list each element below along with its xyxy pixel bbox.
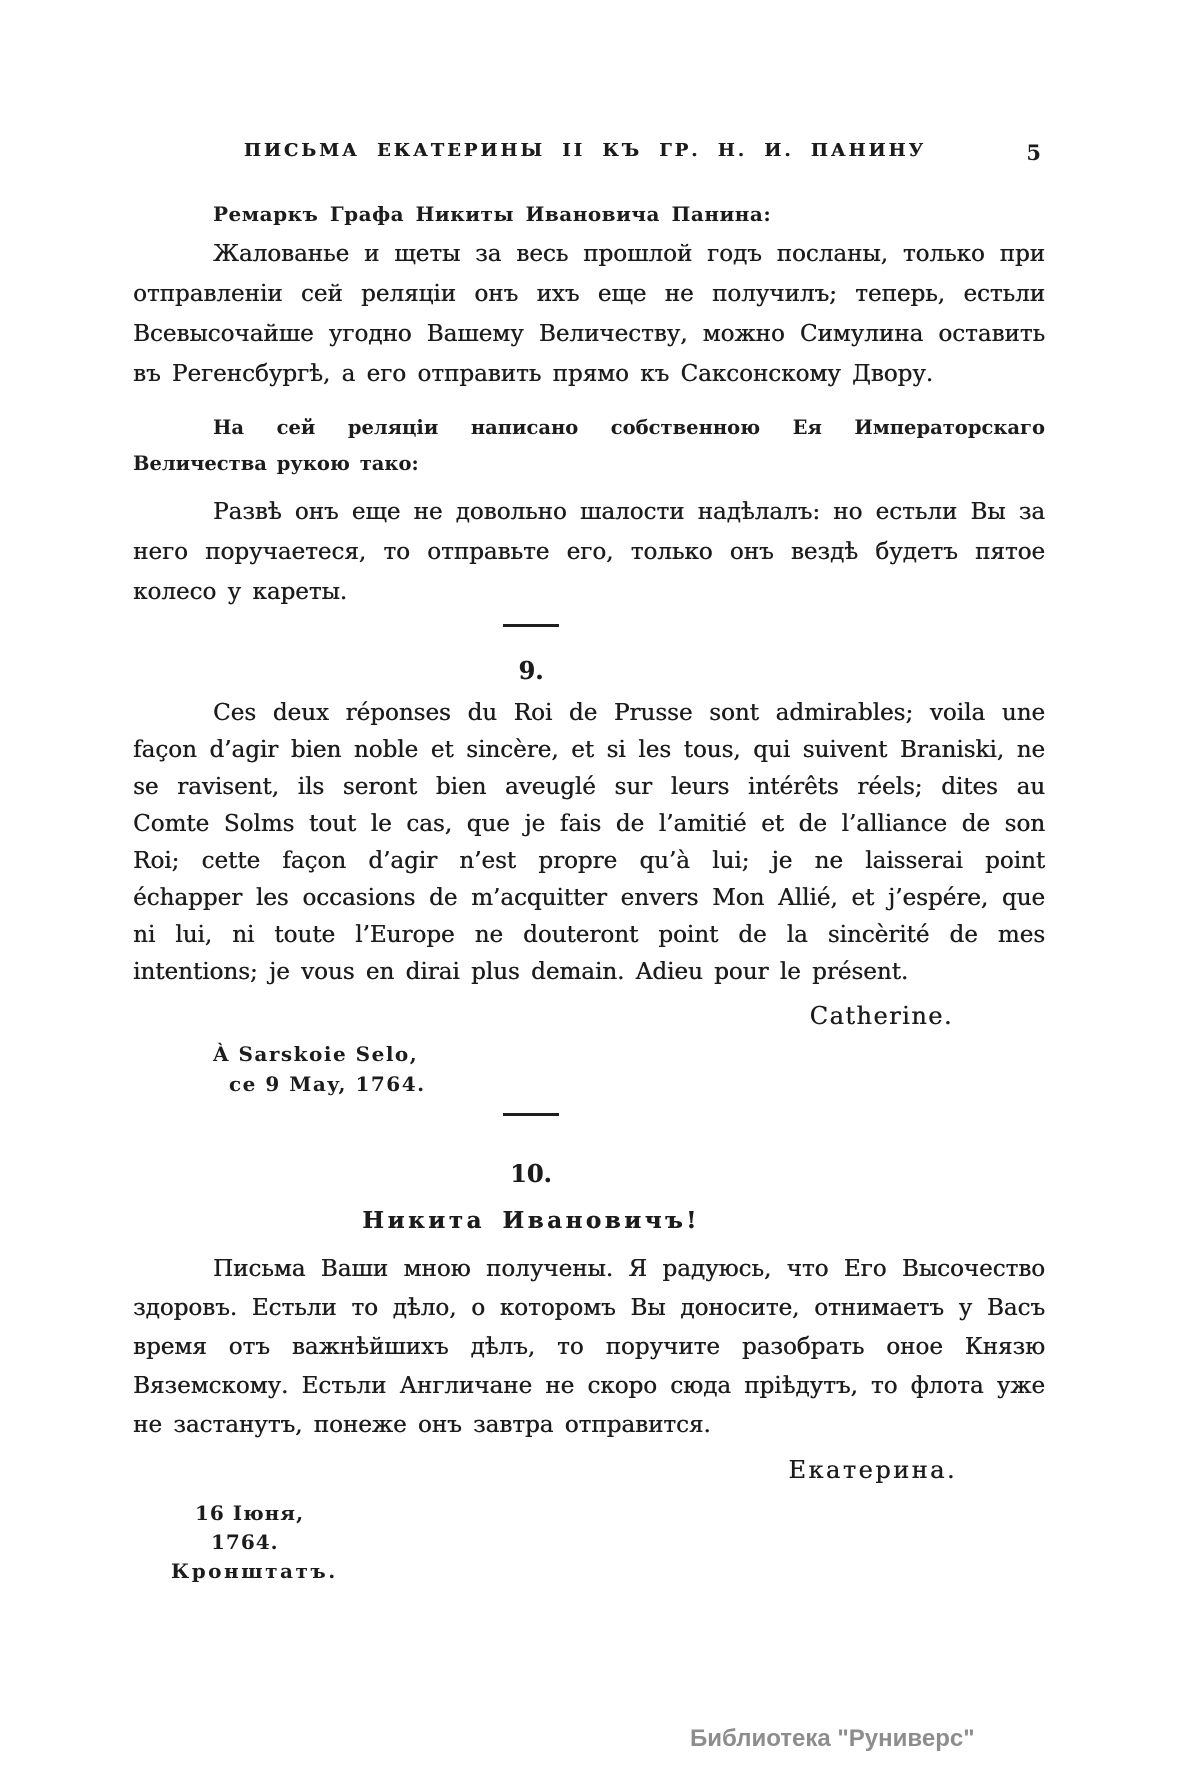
runivers-watermark: Библиотека "Руниверс" xyxy=(690,1725,975,1753)
letter-10-salutation: Никита Ивановичъ! xyxy=(75,1206,987,1236)
imperial-reply: Развѣ онъ еще не довольно шалости надѣла… xyxy=(133,492,1045,612)
letter-10-body: Письма Ваши мною получены. Я радуюсь, чт… xyxy=(133,1250,1045,1445)
remark-paragraph: Жалованье и щеты за весь прошлой годъ по… xyxy=(133,234,1045,394)
letter-10-date-place: Кронштатъ. xyxy=(171,1557,1045,1586)
page-content: ПИСЬМА ЕКАТЕРИНЫ II КЪ ГР. Н. И. ПАНИНУ … xyxy=(133,140,1045,1586)
letter-10-number: 10. xyxy=(75,1160,987,1188)
letter-9-signature: Catherine. xyxy=(133,1001,1045,1031)
book-page: ПИСЬМА ЕКАТЕРИНЫ II КЪ ГР. Н. И. ПАНИНУ … xyxy=(0,0,1200,1787)
section-divider xyxy=(503,624,559,627)
section-divider xyxy=(503,1113,559,1116)
letter-9-dateline: À Sarskoie Selo, ce 9 May, 1764. xyxy=(213,1039,1045,1099)
letter-10-date-day: 16 Іюня, xyxy=(195,1499,1045,1528)
running-head-title: ПИСЬМА ЕКАТЕРИНЫ II КЪ ГР. Н. И. ПАНИНУ xyxy=(129,140,1041,161)
letter-10-dateline: 16 Іюня, 1764. Кронштатъ. xyxy=(191,1499,1045,1586)
imperial-note: На сей реляціи написано собственною Ея И… xyxy=(133,410,1045,482)
letter-10-signature: Екатерина. xyxy=(133,1455,1045,1485)
remark-heading: Ремаркъ Графа Никиты Ивановича Панина: xyxy=(133,202,1045,226)
letter-10-date-year: 1764. xyxy=(211,1528,1045,1557)
page-number: 5 xyxy=(1026,140,1041,165)
letter-9-date: ce 9 May, 1764. xyxy=(229,1069,1045,1099)
letter-9-number: 9. xyxy=(75,657,987,685)
letter-9-place: À Sarskoie Selo, xyxy=(213,1039,1045,1069)
letter-9-body: Ces deux réponses du Roi de Prusse sont … xyxy=(133,695,1045,991)
running-head: ПИСЬМА ЕКАТЕРИНЫ II КЪ ГР. Н. И. ПАНИНУ … xyxy=(133,140,1045,166)
